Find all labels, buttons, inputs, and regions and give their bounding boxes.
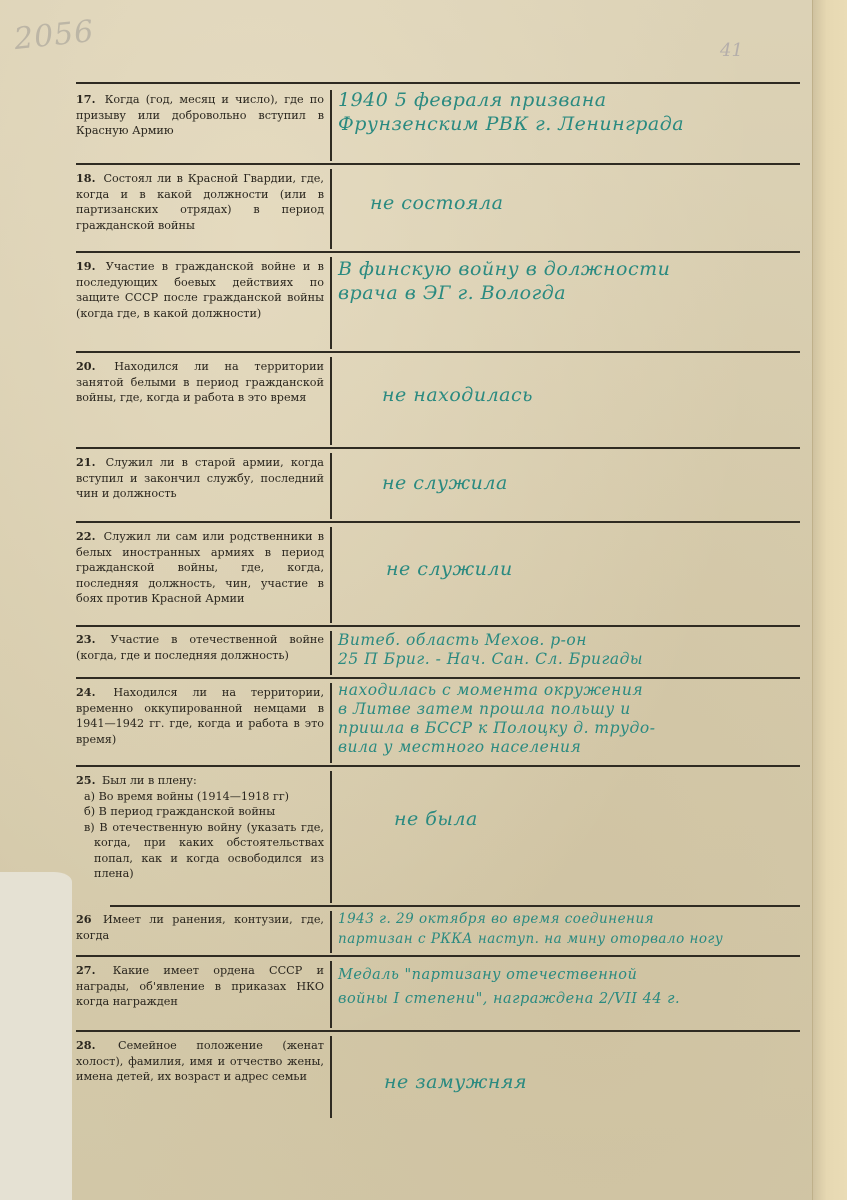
column-divider bbox=[330, 527, 332, 623]
column-divider bbox=[330, 90, 332, 161]
question-text: Участие в отечественной войне (когда, гд… bbox=[76, 633, 324, 662]
column-divider bbox=[330, 683, 332, 763]
column-divider bbox=[330, 1036, 332, 1118]
pencil-page-number: 41 bbox=[720, 40, 743, 61]
question-25: 25. Был ли в плену: а) Во время войны (1… bbox=[76, 773, 324, 882]
question-number: 28. bbox=[76, 1038, 95, 1052]
top-rule bbox=[76, 82, 800, 84]
answer-27: Медаль "партизану отечественной войны I … bbox=[338, 963, 800, 1011]
question-27: 27. Какие имеет ордена СССР и награды, о… bbox=[76, 963, 324, 1010]
answer-line: не была bbox=[394, 807, 800, 831]
answer-line: 1943 г. 29 октября во время соединения bbox=[338, 909, 800, 929]
answer-line: вила у местного населения bbox=[338, 738, 800, 757]
form-row-19: 19. Участие в гражданской войне и в посл… bbox=[76, 253, 800, 353]
question-23: 23. Участие в отечественной войне (когда… bbox=[76, 632, 324, 663]
question-text: Семейное положение (женат холост), фамил… bbox=[76, 1039, 324, 1083]
answer-line: 1940 5 февраля призвана bbox=[338, 88, 800, 112]
column-divider bbox=[330, 357, 332, 445]
question-17: 17. Когда (год, месяц и число), где по п… bbox=[76, 92, 324, 139]
column-divider bbox=[330, 257, 332, 349]
question-28: 28. Семейное положение (женат холост), ф… bbox=[76, 1038, 324, 1085]
answer-24: находилась с момента окружения в Литве з… bbox=[338, 681, 800, 757]
answer-line: не находилась bbox=[382, 383, 800, 407]
question-number: 26 bbox=[76, 912, 92, 926]
form-row-26: 26 Имеет ли ранения, контузии, где, когд… bbox=[76, 907, 800, 957]
answer-line: находилась с момента окружения bbox=[338, 681, 800, 700]
answer-line: не служили bbox=[386, 557, 800, 581]
question-24: 24. Находился ли на территории, временно… bbox=[76, 685, 324, 747]
torn-paper-patch bbox=[0, 872, 72, 1200]
answer-17: 1940 5 февраля призвана Фрунзенским РВК … bbox=[338, 88, 800, 136]
question-21: 21. Служил ли в старой армии, когда всту… bbox=[76, 455, 324, 502]
answer-22: не служили bbox=[386, 557, 800, 581]
form-row-23: 23. Участие в отечественной войне (когда… bbox=[76, 627, 800, 679]
answer-line: партизан с РККА наступ. на мину оторвало… bbox=[338, 929, 800, 949]
answer-26: 1943 г. 29 октября во время соединения п… bbox=[338, 909, 800, 949]
question-number: 23. bbox=[76, 632, 95, 646]
form-row-18: 18. Состоял ли в Красной Гвардии, где, к… bbox=[76, 165, 800, 253]
question-number: 25. bbox=[76, 773, 95, 787]
question-number: 19. bbox=[76, 259, 95, 273]
question-26: 26 Имеет ли ранения, контузии, где, когд… bbox=[76, 912, 324, 943]
question-18: 18. Состоял ли в Красной Гвардии, где, к… bbox=[76, 171, 324, 233]
question-text: Участие в гражданской войне и в последую… bbox=[76, 260, 324, 320]
answer-line: 25 П Бриг. - Нач. Сан. Сл. Бригады bbox=[338, 650, 800, 669]
question-text: Какие имеет ордена СССР и награды, об'яв… bbox=[76, 964, 324, 1008]
form-row-27: 27. Какие имеет ордена СССР и награды, о… bbox=[76, 957, 800, 1032]
question-text: Служил ли в старой армии, когда вступил … bbox=[76, 456, 324, 500]
answer-line: войны I степени", награждена 2/VII 44 г. bbox=[338, 987, 800, 1011]
answer-line: В финскую войну в должности bbox=[338, 257, 800, 281]
question-text: Служил ли сам или родственники в белых и… bbox=[76, 530, 324, 605]
question-text: Был ли в плену: bbox=[102, 774, 197, 787]
answer-21: не служила bbox=[382, 471, 800, 495]
form-row-24: 24. Находился ли на территории, временно… bbox=[76, 679, 800, 767]
column-divider bbox=[330, 631, 332, 675]
question-number: 20. bbox=[76, 359, 95, 373]
answer-line: не замужняя bbox=[384, 1070, 800, 1094]
question-number: 27. bbox=[76, 963, 95, 977]
form-row-25: 25. Был ли в плену: а) Во время войны (1… bbox=[76, 767, 800, 907]
question-text: Находился ли на территории, временно окк… bbox=[76, 686, 324, 746]
answer-28: не замужняя bbox=[384, 1070, 800, 1094]
question-text: Состоял ли в Красной Гвардии, где, когда… bbox=[76, 172, 324, 232]
column-divider bbox=[330, 453, 332, 519]
answer-line: врача в ЭГ г. Вологда bbox=[338, 281, 800, 305]
question-20: 20. Находился ли на территории занятой б… bbox=[76, 359, 324, 406]
question-19: 19. Участие в гражданской войне и в посл… bbox=[76, 259, 324, 321]
form-row-22: 22. Служил ли сам или родственники в бел… bbox=[76, 523, 800, 627]
answer-line: не состояла bbox=[370, 191, 800, 215]
column-divider bbox=[330, 771, 332, 903]
question-text: Имеет ли ранения, контузии, где, когда bbox=[76, 913, 324, 942]
answer-line: Фрунзенским РВК г. Ленинграда bbox=[338, 112, 800, 136]
question-subitem-b: б) В период гражданской войны bbox=[76, 804, 324, 820]
question-subitem-c: в) В отечественную войну (указать где, к… bbox=[76, 820, 324, 882]
answer-line: Медаль "партизану отечественной bbox=[338, 963, 800, 987]
answer-18: не состояла bbox=[370, 191, 800, 215]
answer-line: пришла в БССР к Полоцку д. трудо- bbox=[338, 719, 800, 738]
question-number: 21. bbox=[76, 455, 95, 469]
pencil-archive-number: 2056 bbox=[12, 14, 96, 57]
column-divider bbox=[330, 961, 332, 1028]
form-row-21: 21. Служил ли в старой армии, когда всту… bbox=[76, 449, 800, 523]
question-text: Когда (год, месяц и число), где по призы… bbox=[76, 93, 324, 137]
answer-25: не была bbox=[394, 807, 800, 831]
answer-line: в Литве затем прошла польшу и bbox=[338, 700, 800, 719]
question-text: Находился ли на территории занятой белым… bbox=[76, 360, 324, 404]
question-number: 17. bbox=[76, 92, 95, 106]
answer-line: не служила bbox=[382, 471, 800, 495]
form-row-17: 17. Когда (год, месяц и число), где по п… bbox=[76, 86, 800, 165]
answer-20: не находилась bbox=[382, 383, 800, 407]
page-edge bbox=[812, 0, 847, 1200]
column-divider bbox=[330, 169, 332, 249]
question-number: 22. bbox=[76, 529, 95, 543]
answer-19: В финскую войну в должности врача в ЭГ г… bbox=[338, 257, 800, 305]
answer-line: Витеб. область Мехов. р-он bbox=[338, 631, 800, 650]
document-page: 2056 41 17. Когда (год, месяц и число), … bbox=[0, 0, 847, 1200]
question-22: 22. Служил ли сам или родственники в бел… bbox=[76, 529, 324, 607]
question-number: 18. bbox=[76, 171, 95, 185]
question-number: 24. bbox=[76, 685, 95, 699]
form-row-20: 20. Находился ли на территории занятой б… bbox=[76, 353, 800, 449]
answer-23: Витеб. область Мехов. р-он 25 П Бриг. - … bbox=[338, 631, 800, 669]
question-subitem-a: а) Во время войны (1914—1918 гг) bbox=[76, 789, 324, 805]
column-divider bbox=[330, 911, 332, 953]
form-row-28: 28. Семейное положение (женат холост), ф… bbox=[76, 1032, 800, 1122]
